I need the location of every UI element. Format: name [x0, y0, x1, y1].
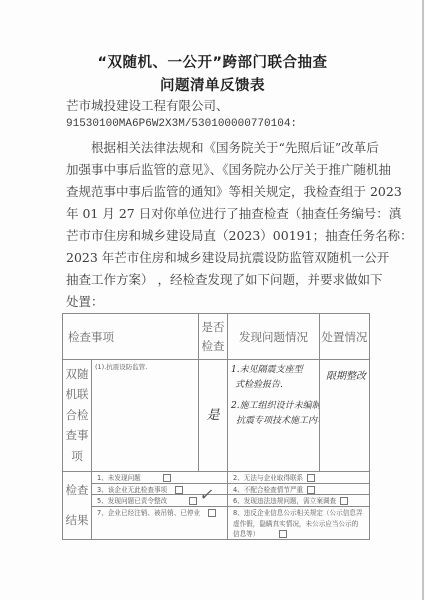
category-line: 机联 — [66, 389, 89, 401]
result-option-label: 6、发现违法违规问题，需立案调查 — [233, 497, 336, 505]
category-line: 查事 — [66, 430, 89, 442]
header-problems-label: 发现问题情况 — [239, 329, 308, 345]
header-checked: 是否 检查 — [198, 313, 228, 360]
problem-line: 2.施工组织设计未编制 — [231, 399, 317, 414]
checkbox-icon[interactable] — [208, 509, 216, 517]
result-label-cell: 检查 结果 — [62, 471, 92, 540]
checkbox-icon[interactable] — [307, 474, 315, 482]
result-option-label: 7、企业已经注销、被吊销、已停业 — [97, 509, 200, 517]
body-line: 查规范事中事后监管的通知》等相关规定，我检查组于 2023 — [66, 181, 364, 203]
body-line: 2023 年芒市住房和城乡建设局抗震设防监管双随机一公开 — [66, 247, 364, 269]
result-option-label: 1、未发现问题 — [97, 474, 141, 482]
addressee-name: 芒市城投建设工程有限公司、 — [66, 96, 229, 114]
checkbox-icon[interactable] — [307, 486, 315, 494]
checkbox-icon[interactable] — [175, 486, 183, 494]
checkbox-icon[interactable] — [340, 497, 348, 505]
checkbox-icon[interactable] — [163, 474, 171, 482]
document-subtitle: 问题清单反馈表 — [0, 74, 425, 95]
header-disposal: 处置情况 — [319, 313, 370, 360]
disposal-cell: 限期整改 — [319, 359, 370, 472]
result-label-line: 检查 — [66, 485, 89, 497]
checked-cell: 是 — [198, 359, 228, 472]
category-line: 双随 — [66, 369, 89, 381]
handwritten-check-mark-icon: ✓ — [199, 485, 212, 504]
checkbox-checked-icon[interactable] — [189, 497, 197, 505]
result-option-label: 8、违反企业信息公示相关规定（公示信息弄虚作假，隐瞒真实情况，未公示应当公示的信… — [233, 509, 362, 538]
result-option-label: 5、发现问题已责令整改 — [97, 497, 167, 505]
body-line: 根据相关法律法规和《国务院关于“先照后证”改革后 — [66, 137, 364, 159]
result-option-8[interactable]: 8、违反企业信息公示相关规定（公示信息弄虚作假，隐瞒真实情况，未公示应当公示的信… — [227, 506, 370, 540]
problems-cell: 1.未见隔震支座型 式检验报告. 2.施工组织设计未编制 抗震专项技术施工内容 — [227, 359, 320, 472]
problem-line: 1.未见隔震支座型 — [231, 363, 317, 378]
header-checked-line2: 检查 — [202, 338, 225, 354]
body-paragraph: 根据相关法律法规和《国务院关于“先照后证”改革后 加强事中事后监管的意见》、《国… — [66, 137, 364, 313]
category-line: 项 — [71, 451, 83, 463]
disposal-value: 限期整改 — [326, 371, 366, 382]
header-disposal-label: 处置情况 — [322, 329, 368, 345]
body-line: 芒市市住房和城乡建设局直（2023）00191；抽查任务名称： — [66, 225, 364, 247]
body-line: 抽查工作方案） ，经检查发现了如下问题，并要求做如下 — [66, 269, 364, 291]
result-option-label: 2、无法与企业取得联系 — [233, 474, 303, 482]
result-option-label: 3、该企业无此检查事项 — [97, 486, 167, 494]
checked-value: 是 — [206, 407, 219, 424]
category-line: 合检 — [66, 410, 89, 422]
body-line: 年 01 月 27 日对你单位进行了抽查检查（抽查任务编号：滇 — [66, 203, 364, 225]
result-option-label: 4、不配合检查情节严重 — [233, 486, 303, 494]
body-line: 处置： — [66, 291, 364, 313]
result-label-line: 结果 — [66, 515, 89, 527]
body-line: 加强事中事后监管的意见》、《国务院办公厅关于推广随机抽 — [66, 159, 364, 181]
addressee-code: 91530100MA6P6W2X3M/530100000770104: — [66, 118, 297, 130]
problem-line: 抗震专项技术施工内容 — [231, 414, 317, 429]
document-title: “双随机、一公开”跨部门联合抽查 — [0, 51, 425, 72]
item-cell: (1).抗震设防监管. — [91, 359, 199, 472]
header-item-label: 检查事项 — [68, 329, 114, 345]
header-problems: 发现问题情况 — [227, 313, 320, 360]
header-item: 检查事项 — [62, 313, 199, 360]
item-text: (1).抗震设防监管. — [95, 363, 147, 371]
checkbox-icon[interactable] — [279, 530, 287, 538]
problem-line: 式检验报告. — [231, 378, 317, 393]
result-option-7[interactable]: 7、企业已经注销、被吊销、已停业 — [91, 506, 228, 540]
category-cell: 双随 机联 合检 查事 项 — [62, 359, 92, 472]
header-checked-line1: 是否 — [202, 319, 225, 335]
